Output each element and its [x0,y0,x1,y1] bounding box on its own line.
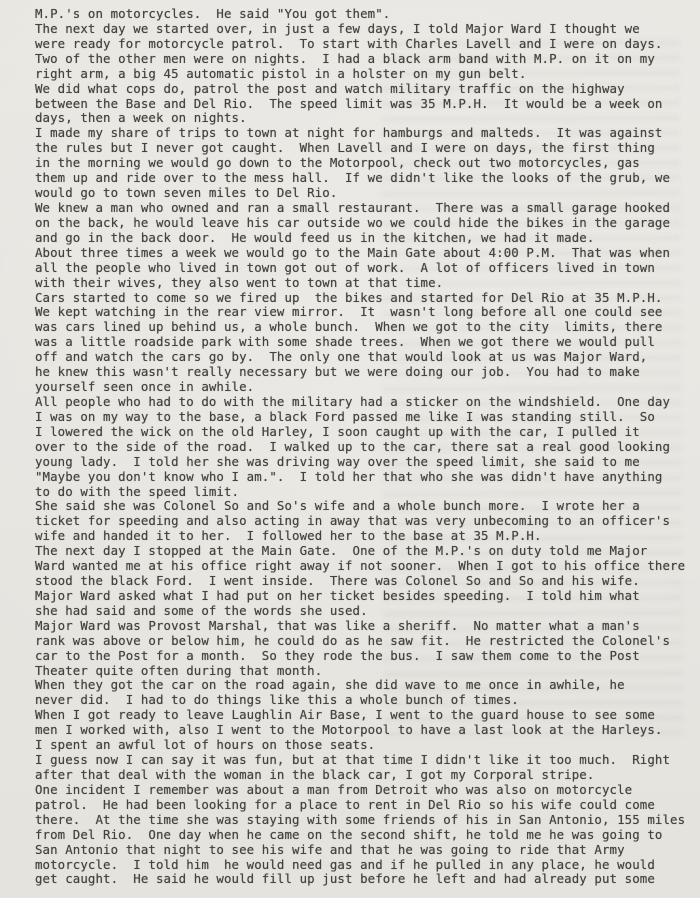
typewritten-page: M.P.'s on motorcycles. He said "You got … [0,0,700,898]
memoir-body-text: M.P.'s on motorcycles. He said "You got … [35,7,695,887]
